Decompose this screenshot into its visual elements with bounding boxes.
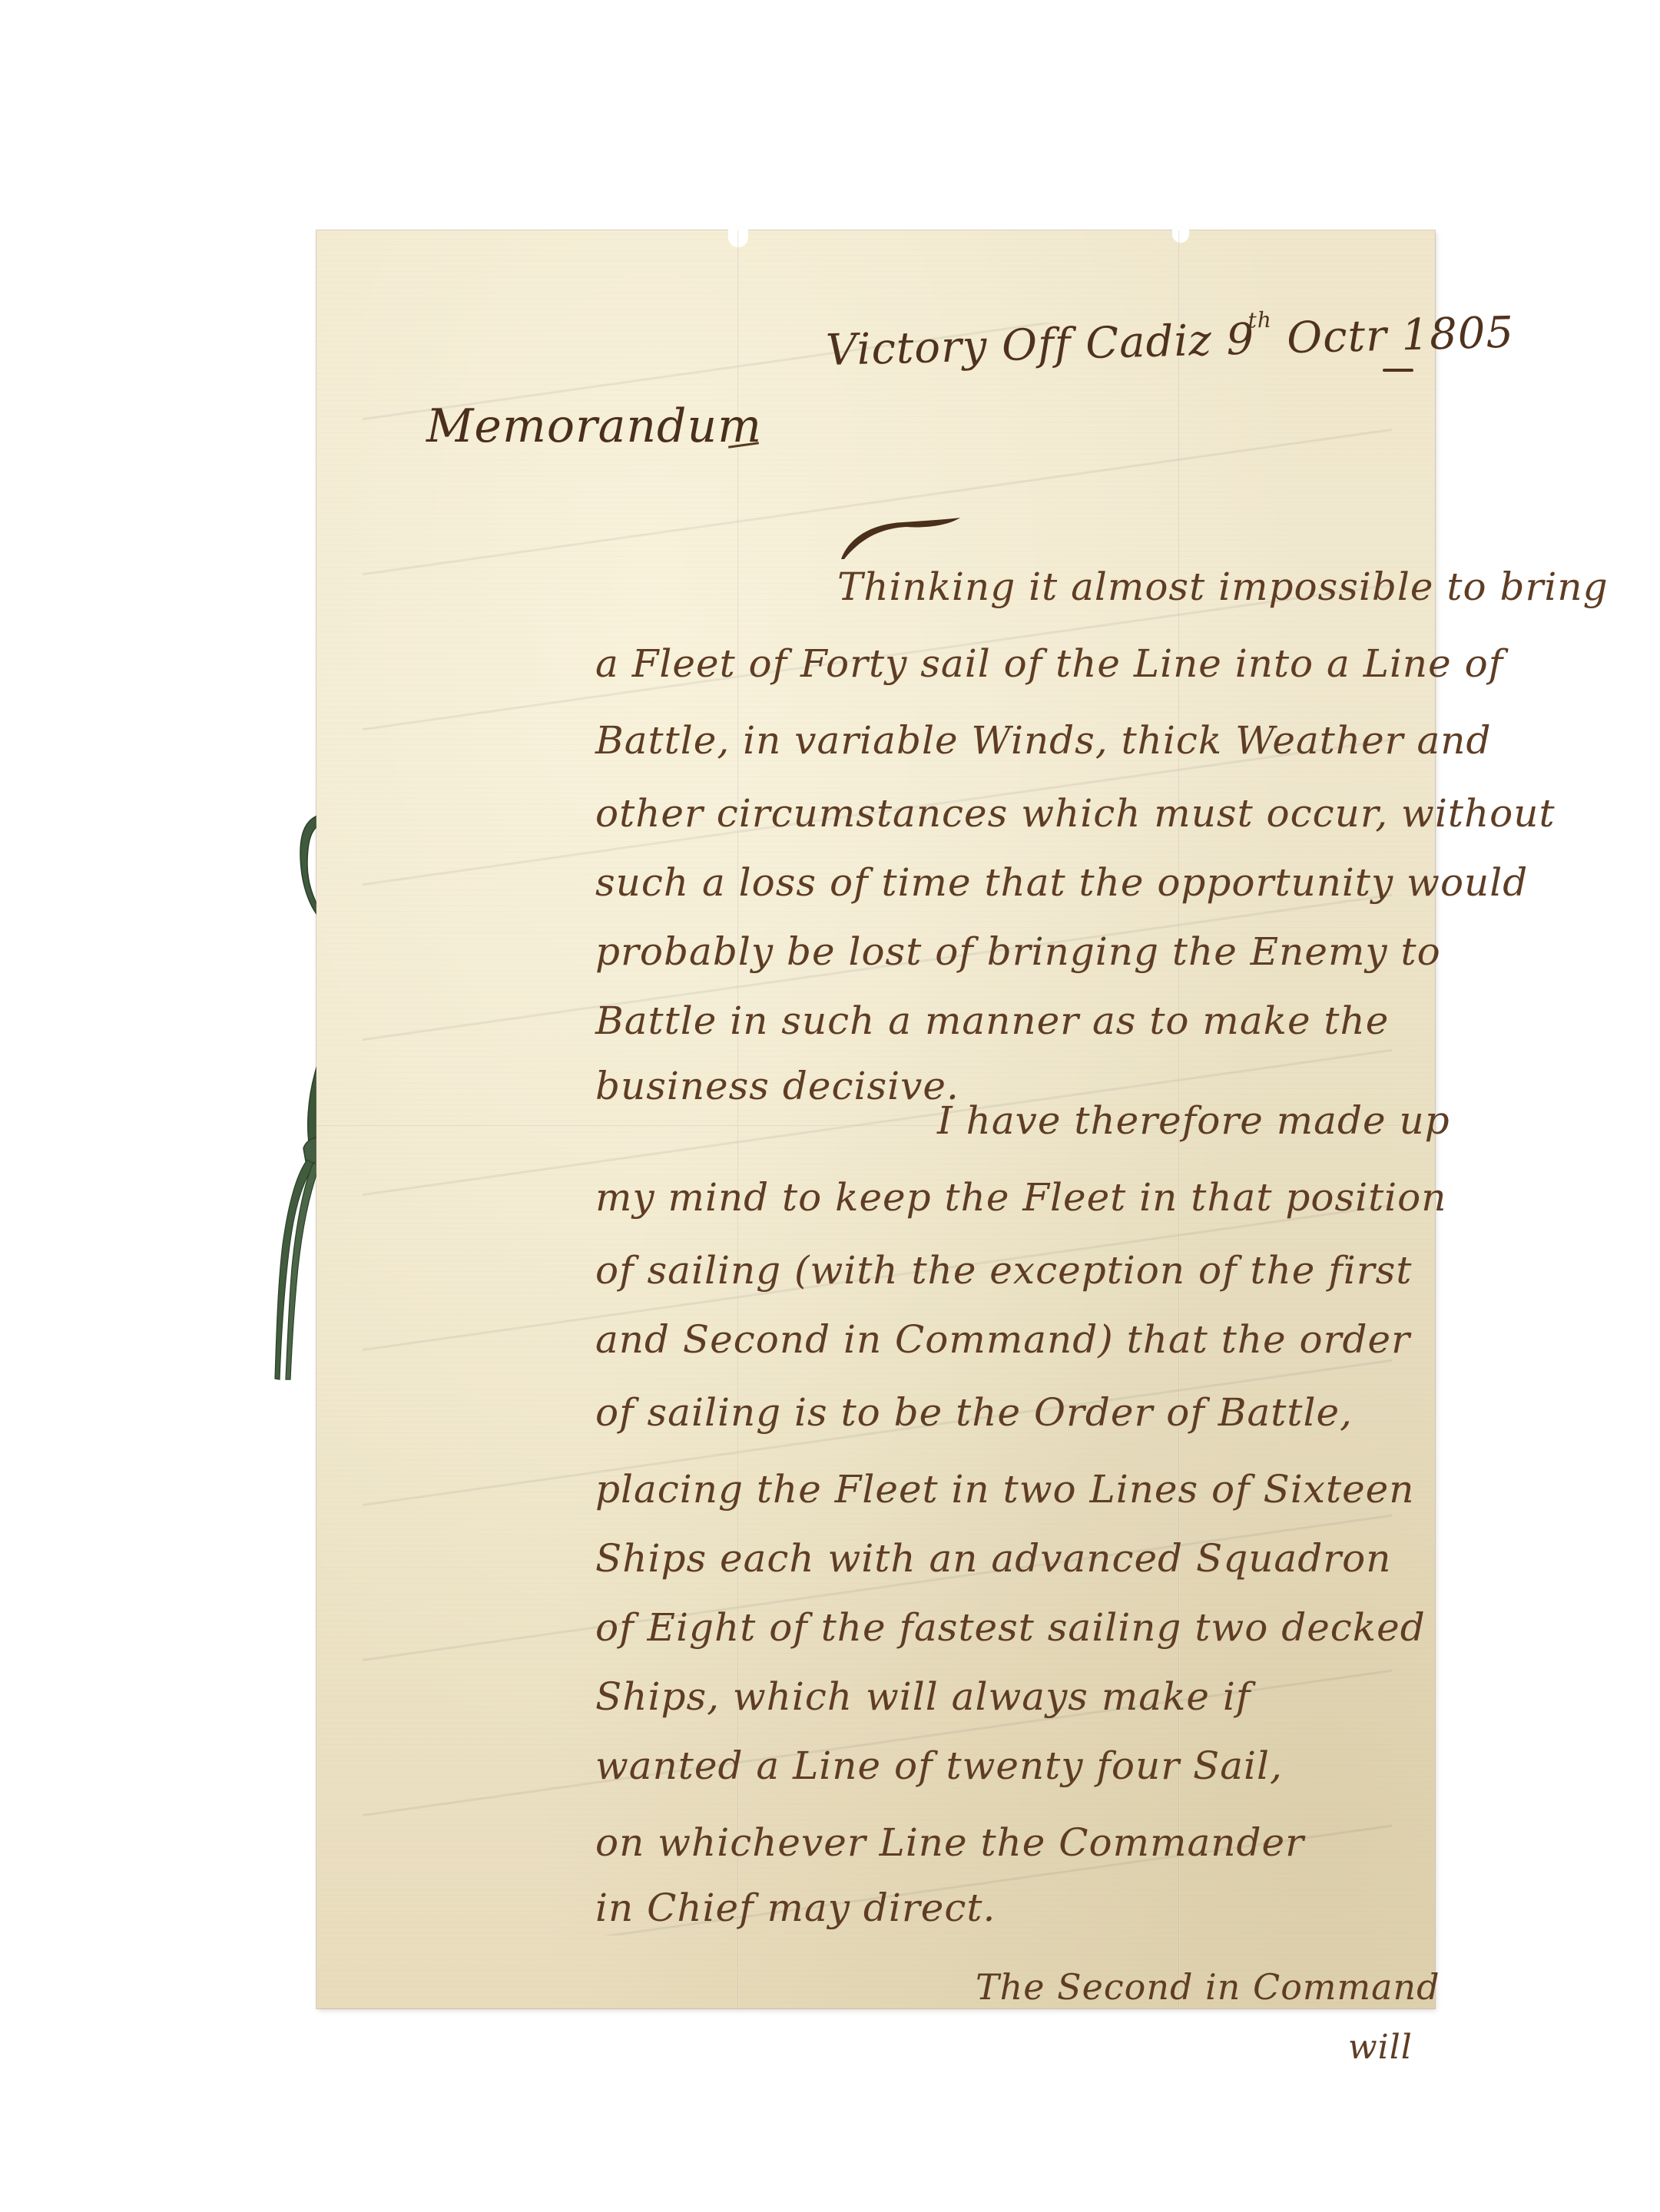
vertical-fold-line <box>737 230 739 2008</box>
body-line: Ships each with an advanced Squadron <box>595 1536 1391 1581</box>
body-line: Thinking it almost impossible to bring <box>837 565 1609 609</box>
body-line: other circumstances which must occur, wi… <box>595 791 1556 836</box>
heading-underline-dash <box>1383 369 1413 372</box>
paragraph-flourish-icon <box>833 515 964 561</box>
body-line: a Fleet of Forty sail of the Line into a… <box>595 641 1503 686</box>
closing-line: The Second in Command <box>976 1966 1440 2008</box>
body-line: probably be lost of bringing the Enemy t… <box>595 929 1441 974</box>
body-line: such a loss of time that the opportunity… <box>595 860 1528 905</box>
heading-month-year: Octr 1805 <box>1286 308 1514 364</box>
body-line: in Chief may direct. <box>595 1886 996 1930</box>
body-line: Battle in such a manner as to make the <box>595 998 1389 1043</box>
body-line: I have therefore made up <box>937 1098 1450 1143</box>
body-line: of sailing (with the exception of the fi… <box>595 1248 1412 1293</box>
body-line: of Eight of the fastest sailing two deck… <box>595 1605 1426 1650</box>
manuscript-scene: Victory Off Cadiz 9th Octr 1805 Memorand… <box>0 0 1660 2212</box>
body-line: placing the Fleet in two Lines of Sixtee… <box>595 1467 1414 1512</box>
heading-ordinal-suffix: th <box>1247 307 1272 333</box>
catchword: will <box>1348 2028 1413 2067</box>
body-line: and Second in Command) that the order <box>595 1317 1410 1362</box>
body-line: business decisive. <box>595 1064 959 1108</box>
body-line: my mind to keep the Fleet in that positi… <box>595 1175 1446 1220</box>
body-line: on whichever Line the Commander <box>595 1820 1304 1865</box>
body-line: Ships, which will always make if <box>595 1674 1251 1719</box>
paper-notch <box>1172 229 1189 243</box>
document-title: Memorandum <box>426 399 762 453</box>
body-line: of sailing is to be the Order of Battle, <box>595 1390 1353 1435</box>
body-line: Battle, in variable Winds, thick Weather… <box>595 718 1492 763</box>
body-line: wanted a Line of twenty four Sail, <box>595 1743 1283 1788</box>
